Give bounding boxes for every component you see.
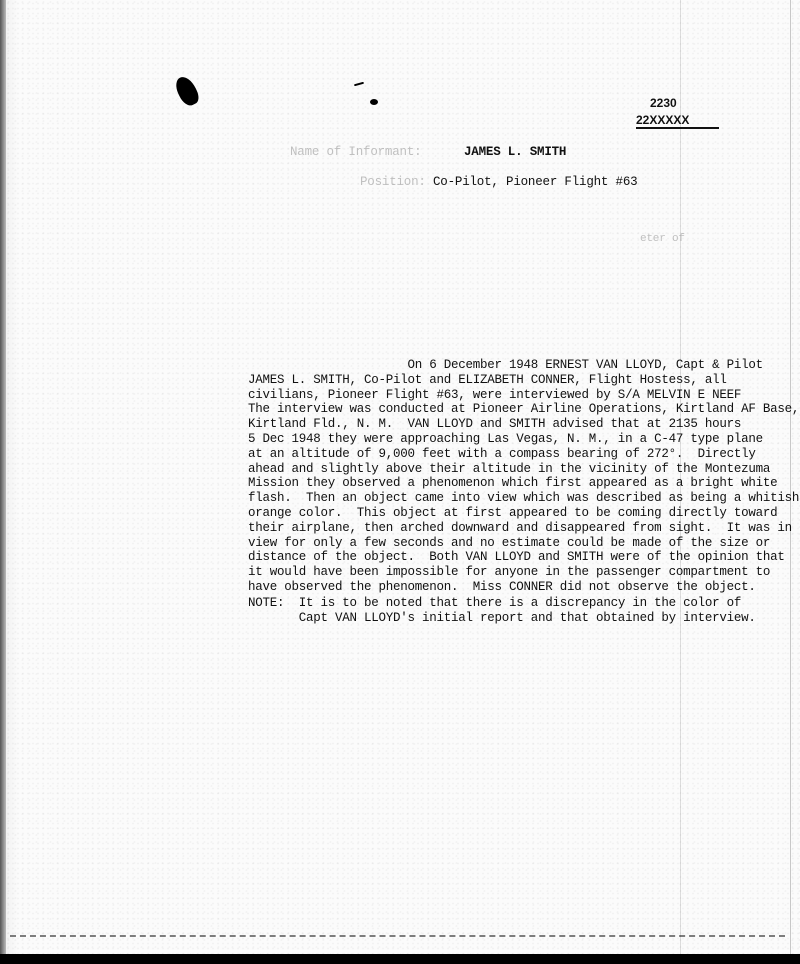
- body-line: Kirtland Fld., N. M. VAN LLOYD and SMITH…: [248, 417, 768, 432]
- body-line: their airplane, then arched downward and…: [248, 521, 768, 536]
- informant-name: JAMES L. SMITH: [464, 146, 566, 159]
- body-line: The interview was conducted at Pioneer A…: [248, 402, 768, 417]
- ink-tick-mark: [354, 82, 364, 87]
- faint-fragment: eter of: [640, 234, 685, 245]
- informant-position: Co-Pilot, Pioneer Flight #63: [433, 176, 637, 189]
- note-label: NOTE:: [248, 596, 284, 610]
- position-label: Position:: [360, 176, 426, 189]
- scanned-page: 2230 22XXXXX Name of Informant: JAMES L.…: [0, 0, 800, 964]
- body-line: On 6 December 1948 ERNEST VAN LLOYD, Cap…: [248, 358, 768, 373]
- body-line: orange color. This object at first appea…: [248, 506, 768, 521]
- body-line: have observed the phenomenon. Miss CONNE…: [248, 580, 768, 595]
- body-line: ahead and slightly above their altitude …: [248, 462, 768, 477]
- note-text-1: It is to be noted that there is a discre…: [284, 596, 741, 610]
- note-text-2: Capt VAN LLOYD's initial report and that…: [248, 611, 756, 626]
- name-label: Name of Informant:: [290, 146, 421, 159]
- scan-right-edge: [790, 0, 791, 964]
- scan-bottom-edge: [0, 954, 800, 964]
- body-line: civilians, Pioneer Flight #63, were inte…: [248, 388, 768, 403]
- body-line: 5 Dec 1948 they were approaching Las Veg…: [248, 432, 768, 447]
- scan-left-edge: [0, 0, 6, 964]
- file-number: 2230: [650, 96, 677, 110]
- body-line: it would have been impossible for anyone…: [248, 565, 768, 580]
- body-line: Mission they observed a phenomenon which…: [248, 476, 768, 491]
- file-number-struck: 22XXXXX: [636, 113, 719, 129]
- body-line: view for only a few seconds and no estim…: [248, 536, 768, 551]
- ink-blot-mark: [173, 74, 202, 109]
- body-line: distance of the object. Both VAN LLOYD a…: [248, 550, 768, 565]
- report-body: On 6 December 1948 ERNEST VAN LLOYD, Cap…: [248, 358, 768, 595]
- scan-dashed-line: [10, 935, 785, 937]
- ink-dot-mark: [370, 99, 378, 105]
- body-line: flash. Then an object came into view whi…: [248, 491, 768, 506]
- note-section: NOTE: It is to be noted that there is a …: [248, 596, 756, 626]
- body-line: JAMES L. SMITH, Co-Pilot and ELIZABETH C…: [248, 373, 768, 388]
- body-line: at an altitude of 9,000 feet with a comp…: [248, 447, 768, 462]
